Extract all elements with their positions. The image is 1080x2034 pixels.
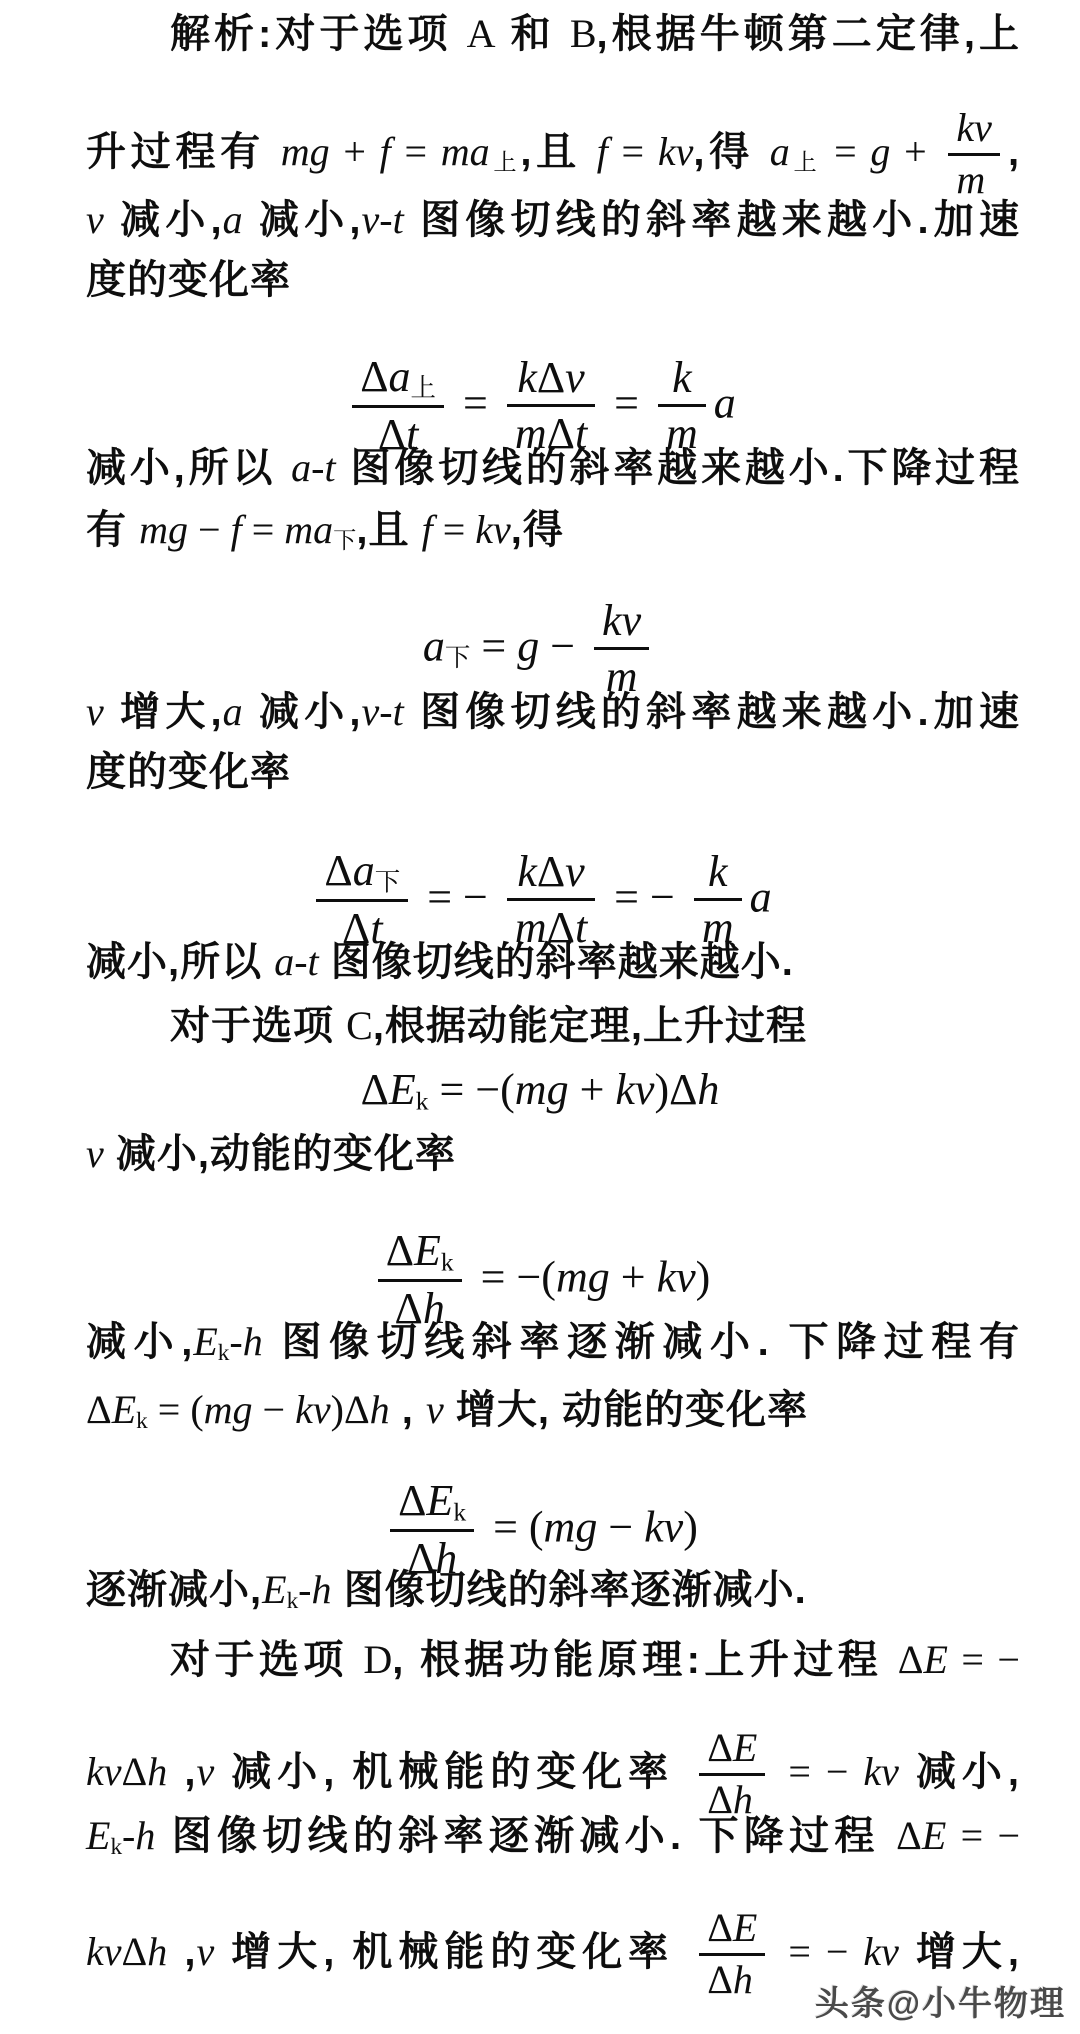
document-body: 解析:对于选项 A 和 B,根据牛顿第二定律,上升过程有 mg + f = ma…	[0, 0, 1080, 2034]
math-subscript: k	[416, 1087, 429, 1116]
math-italic: h	[733, 1957, 753, 2002]
math-roman: +	[890, 129, 940, 174]
math-roman: +	[610, 1252, 657, 1301]
math-italic: kv	[658, 129, 694, 174]
math-italic: v	[565, 847, 585, 896]
fraction: km	[694, 845, 742, 955]
math-roman: A	[467, 11, 496, 56]
math-italic: ma	[441, 129, 490, 174]
math-roman: = −	[603, 872, 686, 921]
math-italic: a	[770, 129, 790, 174]
math-subscript: 上	[490, 150, 521, 176]
math-italic: mg	[544, 1502, 598, 1551]
math-italic: g	[517, 621, 539, 670]
math-italic: -h	[298, 1567, 331, 1612]
chinese-text: 减小, 机械能的变化率	[214, 1750, 691, 1794]
chinese-text: 有	[86, 508, 139, 552]
chinese-text: ,且	[356, 508, 421, 552]
fraction-numerator: kv	[594, 594, 649, 650]
fraction-numerator: kΔv	[507, 351, 595, 407]
chinese-text: 对于选项	[170, 1638, 363, 1682]
math-subscript: 上	[790, 150, 821, 176]
math-italic: E	[924, 1637, 948, 1682]
math-roman: =	[820, 129, 870, 174]
chinese-text: ,	[167, 1750, 196, 1794]
math-italic: g	[870, 129, 890, 174]
math-italic: kv	[863, 1749, 899, 1794]
math-roman: B	[570, 11, 597, 56]
math-roman: Δ	[896, 1813, 922, 1858]
math-subscript: k	[110, 1834, 122, 1860]
fraction: kvm	[948, 104, 1000, 205]
chinese-text: ,	[1008, 130, 1020, 174]
math-italic: v	[196, 1749, 214, 1794]
math-roman: Δ	[122, 1749, 148, 1794]
chinese-text: 度的变化率	[86, 750, 291, 794]
math-roman: Δ	[386, 1226, 414, 1275]
math-italic: mg	[515, 1065, 569, 1114]
math-roman: Δ	[86, 1387, 112, 1432]
math-italic: E	[733, 1725, 757, 1770]
formula-da-down: Δa下Δt = − kΔvmΔt = − kma	[0, 844, 1080, 955]
line-ekh-gradual-decrease: 逐渐减小,Ek-h 图像切线的斜率逐渐减小.	[86, 1568, 1020, 1623]
math-subscript: k	[453, 1498, 466, 1527]
chinese-text: 减小,	[104, 198, 223, 242]
chinese-text: 减小,	[243, 690, 362, 734]
math-italic: kv	[602, 596, 641, 645]
math-italic: h	[147, 1929, 167, 1974]
fraction-numerator: ΔE	[699, 1724, 765, 1776]
line-analysis-intro: 解析:对于选项 A 和 B,根据牛顿第二定律,上	[86, 12, 1020, 56]
math-roman: = −(	[470, 1252, 556, 1301]
line-v-increase-vt: v 增大,a 减小,v-t 图像切线的斜率越来越小.加速	[86, 690, 1020, 734]
math-italic: -h	[122, 1813, 155, 1858]
math-italic: E	[262, 1567, 286, 1612]
fraction: ΔEΔh	[699, 1724, 765, 1825]
line-v-decrease-ek: v 减小,动能的变化率	[86, 1132, 1020, 1176]
chinese-text: ,且	[520, 130, 596, 174]
fraction-numerator: k	[658, 351, 706, 407]
line-mech-energy-up: kvΔh ,v 减小, 机械能的变化率 ΔEΔh = − kv 减小,	[86, 1724, 1020, 1825]
chinese-text: 解析:对于选项	[170, 12, 467, 56]
line-rate-of-change-2: 度的变化率	[86, 750, 1020, 794]
line-option-d: 对于选项 D, 根据功能原理:上升过程 ΔE = −	[86, 1638, 1020, 1682]
math-italic: E	[193, 1319, 217, 1364]
chinese-text: 对于选项	[170, 1004, 346, 1048]
line-descend-equation: 有 mg − f = ma下,且 f = kv,得	[86, 508, 1020, 563]
math-subscript: k	[441, 1248, 454, 1277]
watermark-credit: 头条@小牛物理	[815, 1976, 1066, 2025]
math-italic: a	[353, 846, 375, 895]
math-roman: Δ	[360, 352, 388, 401]
math-italic: kv	[475, 507, 511, 552]
math-italic: a	[389, 352, 411, 401]
formula-dek-dh-up: ΔEkΔh = −(mg + kv)	[0, 1224, 1080, 1335]
math-italic: mg	[556, 1252, 610, 1301]
math-italic: f	[231, 507, 242, 552]
formula-a-down: a下 = g − kvm	[0, 594, 1080, 704]
math-italic: f	[380, 129, 391, 174]
math-italic: k	[517, 353, 537, 402]
chinese-text: ,根据牛顿第二定律,上	[597, 12, 1020, 56]
chinese-text: 减小,所以	[86, 940, 274, 984]
math-italic: v	[86, 1131, 104, 1176]
math-roman: )Δ	[654, 1065, 697, 1114]
math-italic: h	[370, 1387, 390, 1432]
math-italic: m	[956, 157, 985, 202]
math-italic: k	[672, 353, 692, 402]
math-italic: E	[922, 1813, 946, 1858]
math-italic: a-t	[291, 445, 335, 490]
line-ekh-decrease-descend: 减小,Ek-h 图像切线斜率逐渐减小. 下降过程有	[86, 1320, 1020, 1375]
line-v-decrease-vt: v 减小,a 减小,v-t 图像切线的斜率越来越小.加速	[86, 198, 1020, 242]
math-italic: f	[597, 129, 608, 174]
fraction: kvm	[594, 594, 649, 704]
chinese-text: ,	[390, 1388, 426, 1432]
math-roman: =	[433, 507, 476, 552]
math-roman: Δ	[537, 353, 565, 402]
chinese-text: 图像切线的斜率越来越小.	[319, 940, 794, 984]
math-roman: Δ	[122, 1929, 148, 1974]
fraction: kΔvmΔt	[507, 845, 595, 955]
chinese-text: 图像切线的斜率越来越小.下降过程	[336, 446, 1020, 490]
math-subscript: k	[287, 1588, 299, 1614]
formula-da-up: Δa上Δt = kΔvmΔt = kma	[0, 350, 1080, 461]
math-subscript: k	[218, 1340, 230, 1366]
math-italic: kv	[863, 1929, 899, 1974]
fraction-numerator: kv	[948, 104, 1000, 156]
math-roman: = −(	[429, 1065, 515, 1114]
chinese-text: 增大,	[104, 690, 223, 734]
math-roman: =	[391, 129, 441, 174]
math-roman: = −	[416, 872, 499, 921]
fraction: km	[658, 351, 706, 461]
chinese-text: 逐渐减小,	[86, 1568, 262, 1612]
fraction: ΔEkΔh	[378, 1224, 462, 1335]
math-roman: =	[608, 129, 658, 174]
math-italic: kv	[644, 1502, 683, 1551]
chinese-text: 图像切线的斜率逐渐减小. 下降过程	[155, 1814, 896, 1858]
math-subscript: 下	[445, 643, 471, 672]
chinese-text: ,根据动能定理,上升过程	[373, 1004, 807, 1048]
chinese-text: ,得	[693, 130, 769, 174]
math-roman: Δ	[707, 1725, 733, 1770]
math-roman: =	[470, 621, 517, 670]
math-roman: Δ	[361, 1065, 389, 1114]
math-italic: kv	[657, 1252, 696, 1301]
math-italic: h	[697, 1065, 719, 1114]
math-italic: a	[750, 872, 772, 921]
math-italic: k	[708, 847, 728, 896]
line-ekh-descend-de: Ek-h 图像切线的斜率逐渐减小. 下降过程 ΔE = −	[86, 1814, 1020, 1869]
math-italic: k	[517, 847, 537, 896]
fraction: ΔEΔh	[699, 1904, 765, 2005]
fraction-numerator: ΔEk	[390, 1474, 474, 1532]
math-italic: E	[414, 1226, 441, 1275]
chinese-text: 减小,	[243, 198, 362, 242]
chinese-text: 减小,	[899, 1750, 1020, 1794]
math-italic: E	[389, 1065, 416, 1114]
math-italic: E	[112, 1387, 136, 1432]
math-roman: D	[363, 1637, 392, 1682]
math-italic: kv	[86, 1749, 122, 1794]
math-subscript: 下	[333, 528, 356, 554]
math-roman: C	[346, 1003, 373, 1048]
chinese-text: 升过程有	[86, 130, 281, 174]
math-roman: = (	[148, 1387, 204, 1432]
math-roman: =	[242, 507, 285, 552]
math-roman: −	[597, 1502, 644, 1551]
math-italic: a	[714, 378, 736, 427]
math-italic: v-t	[362, 689, 404, 734]
math-roman: +	[569, 1065, 616, 1114]
chinese-text: 度的变化率	[86, 258, 291, 302]
fraction-denominator: Δh	[699, 1956, 765, 2005]
math-roman: Δ	[537, 847, 565, 896]
fraction: Δa下Δt	[316, 844, 408, 955]
math-roman: = −	[948, 1637, 1020, 1682]
math-italic: kv	[86, 1929, 122, 1974]
math-italic: mg	[204, 1387, 253, 1432]
math-italic: a	[223, 689, 243, 734]
math-italic: f	[422, 507, 433, 552]
math-italic: E	[86, 1813, 110, 1858]
math-italic: v	[565, 353, 585, 402]
math-italic: -h	[229, 1319, 262, 1364]
formula-dek-up: ΔEk = −(mg + kv)Δh	[0, 1066, 1080, 1126]
math-roman: Δ	[898, 1637, 924, 1682]
math-subscript: 上	[411, 374, 437, 403]
fraction: Δa上Δt	[352, 350, 444, 461]
line-rate-of-change-1: 度的变化率	[86, 258, 1020, 302]
chinese-text: 增大, 动能的变化率	[444, 1388, 808, 1432]
math-italic: h	[147, 1749, 167, 1794]
math-italic: E	[426, 1476, 453, 1525]
math-roman: )Δ	[331, 1387, 370, 1432]
math-italic: v	[196, 1929, 214, 1974]
math-roman: −	[539, 621, 586, 670]
math-roman: = (	[482, 1502, 543, 1551]
math-italic: v	[86, 689, 104, 734]
chinese-text: 图像切线的斜率越来越小.加速	[404, 198, 1020, 242]
math-roman: −	[188, 507, 231, 552]
math-roman: −	[253, 1387, 296, 1432]
fraction-numerator: ΔE	[699, 1904, 765, 1956]
fraction-numerator: Δa下	[316, 844, 408, 902]
chinese-text: 和	[496, 12, 570, 56]
line-option-c: 对于选项 C,根据动能定理,上升过程	[86, 1004, 1020, 1048]
chinese-text: ,	[167, 1930, 196, 1974]
math-roman: = −	[773, 1929, 863, 1974]
solution-page: 解析:对于选项 A 和 B,根据牛顿第二定律,上升过程有 mg + f = ma…	[0, 0, 1080, 2034]
chinese-text: 减小,	[86, 1320, 193, 1364]
math-italic: ma	[284, 507, 333, 552]
math-roman: Δ	[398, 1476, 426, 1525]
math-italic: a	[223, 197, 243, 242]
math-italic: E	[733, 1905, 757, 1950]
math-roman: Δ	[324, 846, 352, 895]
math-roman: )	[696, 1252, 711, 1301]
math-italic: v-t	[362, 197, 404, 242]
math-italic: v	[86, 197, 104, 242]
line-ascend-equation: 升过程有 mg + f = ma上,且 f = kv,得 a上 = g + kv…	[86, 104, 1020, 205]
math-roman: Δ	[707, 1905, 733, 1950]
chinese-text: 减小,动能的变化率	[104, 1132, 456, 1176]
fraction: kΔvmΔt	[507, 351, 595, 461]
math-roman: =	[603, 378, 650, 427]
math-italic: a	[423, 621, 445, 670]
line-decrease-at-descend: 减小,所以 a-t 图像切线的斜率越来越小.下降过程	[86, 446, 1020, 490]
fraction-numerator: k	[694, 845, 742, 901]
chinese-text: 图像切线的斜率逐渐减小.	[331, 1568, 806, 1612]
chinese-text: 图像切线的斜率越来越小.加速	[404, 690, 1020, 734]
math-italic: v	[426, 1387, 444, 1432]
fraction-numerator: kΔv	[507, 845, 595, 901]
chinese-text: , 根据功能原理:上升过程	[392, 1638, 898, 1682]
math-roman: =	[452, 378, 499, 427]
math-italic: kv	[956, 105, 992, 150]
chinese-text: 增大,	[899, 1930, 1020, 1974]
line-decrease-at-end: 减小,所以 a-t 图像切线的斜率越来越小.	[86, 940, 1020, 984]
math-subscript: 下	[375, 868, 401, 897]
math-italic: kv	[295, 1387, 331, 1432]
math-roman: = −	[946, 1813, 1020, 1858]
math-italic: mg	[139, 507, 188, 552]
fraction-numerator: ΔEk	[378, 1224, 462, 1282]
line-dek-descend-equation: ΔEk = (mg − kv)Δh , v 增大, 动能的变化率	[86, 1388, 1020, 1443]
math-italic: a-t	[274, 939, 318, 984]
chinese-text: 减小,所以	[86, 446, 291, 490]
math-roman: +	[330, 129, 380, 174]
math-italic: mg	[281, 129, 330, 174]
chinese-text: 图像切线斜率逐渐减小. 下降过程有	[263, 1320, 1020, 1364]
math-roman: )	[683, 1502, 698, 1551]
fraction-numerator: Δa上	[352, 350, 444, 408]
math-italic: kv	[615, 1065, 654, 1114]
math-subscript: k	[136, 1408, 148, 1434]
math-roman: = −	[773, 1749, 863, 1794]
chinese-text: 增大, 机械能的变化率	[214, 1930, 691, 1974]
chinese-text: ,得	[511, 508, 564, 552]
math-roman: Δ	[707, 1957, 733, 2002]
